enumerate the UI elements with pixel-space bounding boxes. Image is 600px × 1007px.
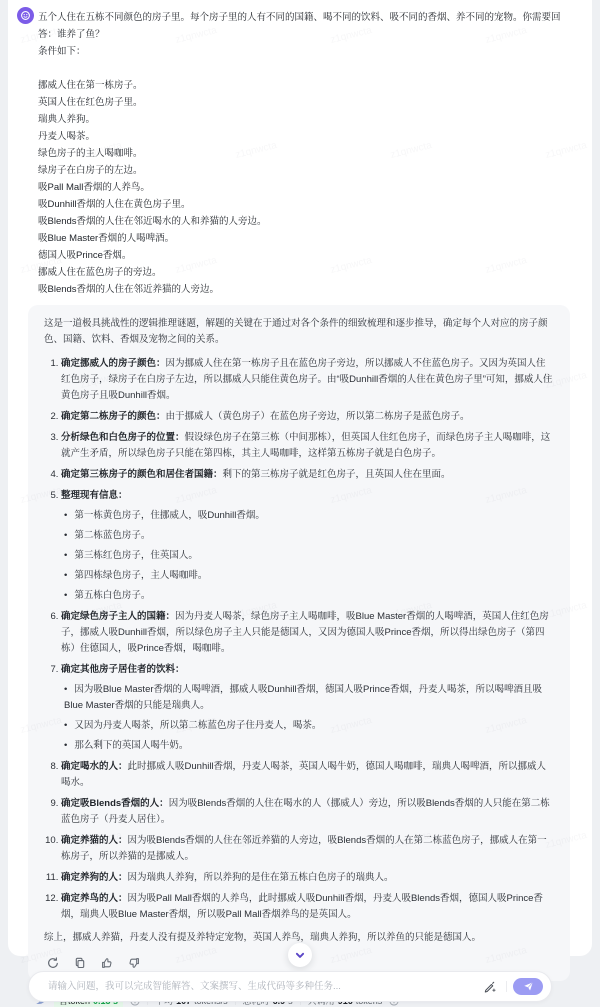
refresh-icon	[47, 957, 59, 969]
step-title: 整理现有信息：	[61, 490, 128, 501]
assistant-message-bubble: 这是一道极具挑战性的逻辑推理谜题，解题的关键在于通过对各个条件的细致梳理和逐步推…	[28, 305, 570, 981]
step-item: 确定其他房子居住者的饮料：因为吸Blue Master香烟的人喝啤酒，挪威人吸D…	[61, 662, 554, 754]
step-title: 分析绿色和白色房子的位置：	[61, 432, 185, 443]
composer	[28, 971, 552, 1002]
regenerate-button[interactable]	[44, 955, 62, 971]
step-bullets: 因为吸Blue Master香烟的人喝啤酒，挪威人吸Dunhill香烟，德国人吸…	[61, 682, 554, 754]
composer-divider	[506, 981, 507, 992]
step-text: 由于挪威人（黄色房子）在蓝色房子旁边，所以第二栋房子是蓝色房子。	[166, 411, 470, 422]
step-item: 确定养狗的人：因为瑞典人养狗，所以养狗的是住在第五栋白色房子的瑞典人。	[61, 870, 554, 886]
send-button[interactable]	[513, 978, 543, 995]
step-item: 分析绿色和白色房子的位置：假设绿色房子在第三栋（中间那栋），但英国人住红色房子，…	[61, 430, 554, 462]
user-message-text: 五个人住在五栋不同颜色的房子里。每个房子里的人有不同的国籍、喝不同的饮料、吸不同…	[8, 0, 592, 298]
step-title: 确定喝水的人：	[61, 761, 128, 772]
magic-pen-icon	[483, 980, 496, 993]
step-title: 确定第二栋房子的颜色：	[61, 411, 166, 422]
bullet-item: 第三栋红色房子，住英国人。	[64, 548, 554, 564]
copy-icon	[74, 957, 86, 969]
step-item: 确定第二栋房子的颜色：由于挪威人（黄色房子）在蓝色房子旁边，所以第二栋房子是蓝色…	[61, 409, 554, 425]
bullet-item: 第二栋蓝色房子。	[64, 528, 554, 544]
smiley-icon	[19, 9, 32, 22]
chat-input[interactable]	[46, 980, 479, 993]
user-avatar	[17, 7, 34, 24]
bullet-item: 那么剩下的英国人喝牛奶。	[64, 738, 554, 754]
step-item: 整理现有信息：第一栋黄色房子，住挪威人，吸Dunhill香烟。第二栋蓝色房子。第…	[61, 488, 554, 604]
step-title: 确定第三栋房子的颜色和居住者国籍：	[61, 469, 223, 480]
step-item: 确定养猫的人：因为吸Blends香烟的人住在邻近养猫的人旁边，吸Blends香烟…	[61, 833, 554, 865]
thumbs-up-icon	[101, 957, 113, 969]
step-item: 确定第三栋房子的颜色和居住者国籍：剩下的第三栋房子就是红色房子，且英国人住在里面…	[61, 467, 554, 483]
step-item: 确定吸Blends香烟的人：因为吸Blends香烟的人住在喝水的人（挪威人）旁边…	[61, 796, 554, 828]
step-text: 此时挪威人吸Dunhill香烟，丹麦人喝茶，英国人喝牛奶，德国人喝咖啡，瑞典人喝…	[61, 761, 546, 788]
answer-intro: 这是一道极具挑战性的逻辑推理谜题，解题的关键在于通过对各个条件的细致梳理和逐步推…	[44, 316, 554, 348]
step-title: 确定养狗的人：	[61, 872, 128, 883]
step-item: 确定养鸟的人：因为吸Pall Mall香烟的人养鸟，此时挪威人吸Dunhill香…	[61, 891, 554, 923]
step-bullets: 第一栋黄色房子，住挪威人，吸Dunhill香烟。第二栋蓝色房子。第三栋红色房子，…	[61, 508, 554, 604]
thumbs-down-icon	[128, 957, 140, 969]
step-title: 确定挪威人的房子颜色：	[61, 358, 166, 369]
copy-button[interactable]	[71, 955, 89, 971]
bullet-item: 第四栋绿色房子，主人喝咖啡。	[64, 568, 554, 584]
step-text: 因为吸Pall Mall香烟的人养鸟，此时挪威人吸Dunhill香烟，丹麦人吸B…	[61, 893, 543, 920]
step-title: 确定其他房子居住者的饮料：	[61, 664, 185, 675]
bullet-item: 又因为丹麦人喝茶，所以第二栋蓝色房子住丹麦人，喝茶。	[64, 718, 554, 734]
scroll-to-bottom-button[interactable]	[288, 943, 312, 967]
step-title: 确定养鸟的人：	[61, 893, 128, 904]
chevron-down-icon	[294, 949, 306, 962]
step-text: 因为吸Blends香烟的人住在邻近养猫的人旁边，吸Blends香烟的人在第二栋蓝…	[61, 835, 547, 862]
like-button[interactable]	[98, 955, 116, 971]
step-item: 确定绿色房子主人的国籍：因为丹麦人喝茶，绿色房子主人喝咖啡，吸Blue Mast…	[61, 609, 554, 657]
step-text: 因为瑞典人养狗，所以养狗的是住在第五栋白色房子的瑞典人。	[128, 872, 394, 883]
dislike-button[interactable]	[125, 955, 143, 971]
chat-panel: 五个人住在五栋不同颜色的房子里。每个房子里的人有不同的国籍、喝不同的饮料、吸不同…	[8, 0, 592, 956]
bullet-item: 第五栋白色房子。	[64, 588, 554, 604]
step-item: 确定挪威人的房子颜色：因为挪威人住在第一栋房子且在蓝色房子旁边，所以挪威人不住蓝…	[61, 356, 554, 404]
step-title: 确定吸Blends香烟的人：	[61, 798, 169, 809]
step-text: 剩下的第三栋房子就是红色房子，且英国人住在里面。	[223, 469, 451, 480]
magic-write-button[interactable]	[479, 978, 500, 995]
step-title: 确定绿色房子主人的国籍：	[61, 611, 175, 622]
step-title: 确定养猫的人：	[61, 835, 128, 846]
bullet-item: 第一栋黄色房子，住挪威人，吸Dunhill香烟。	[64, 508, 554, 524]
paper-plane-icon	[523, 981, 534, 992]
step-item: 确定喝水的人：此时挪威人吸Dunhill香烟，丹麦人喝茶，英国人喝牛奶，德国人喝…	[61, 759, 554, 791]
bullet-item: 因为吸Blue Master香烟的人喝啤酒，挪威人吸Dunhill香烟，德国人吸…	[64, 682, 554, 714]
answer-steps: 确定挪威人的房子颜色：因为挪威人住在第一栋房子且在蓝色房子旁边，所以挪威人不住蓝…	[44, 356, 554, 923]
